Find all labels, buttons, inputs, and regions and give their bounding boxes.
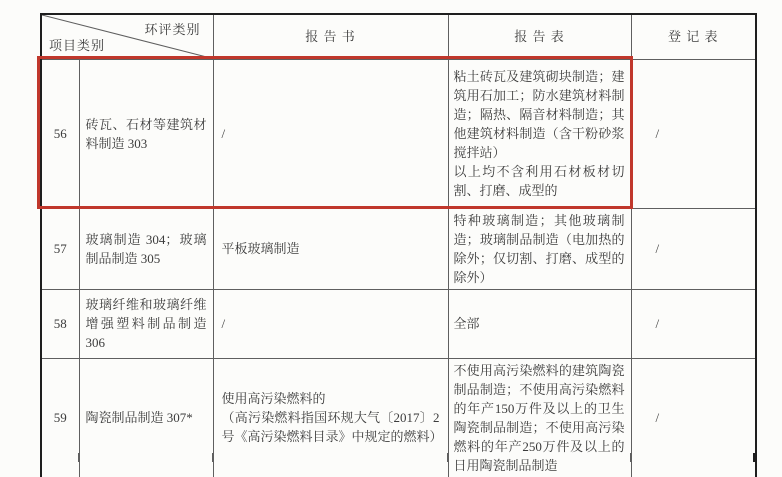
header-registration-form: 登 记 表 bbox=[631, 14, 756, 59]
header-row: 环评类别 项目类别 报 告 书 报 告 表 登 记 表 bbox=[41, 14, 756, 59]
row-number: 58 bbox=[41, 289, 79, 358]
table-bottom-stub bbox=[447, 453, 448, 462]
eia-category-table: 环评类别 项目类别 报 告 书 报 告 表 登 记 表 56 砖瓦、石材等建筑材… bbox=[40, 13, 757, 477]
category-cell: 玻璃纤维和玻璃纤维增强塑料制品制造 306 bbox=[79, 289, 213, 358]
row-number: 57 bbox=[41, 208, 79, 289]
report-form-cell: 特种玻璃制造；其他玻璃制造；玻璃制品制造（电加热的除外；仅切割、打磨、成型的除外… bbox=[448, 208, 631, 289]
diagonal-header-cell: 环评类别 项目类别 bbox=[41, 14, 213, 59]
header-report-book: 报 告 书 bbox=[213, 14, 448, 59]
report-form-text: 全部 bbox=[454, 314, 625, 333]
report-form-cell: 粘土砖瓦及建筑砌块制造；建筑用石加工；防水建筑材料制造；隔热、隔音材料制造；其他… bbox=[448, 59, 631, 208]
category-cell: 陶瓷制品制造 307* bbox=[79, 358, 213, 477]
report-book-text: / bbox=[222, 124, 440, 143]
table-row-58: 58 玻璃纤维和玻璃纤维增强塑料制品制造 306 / 全部 / bbox=[41, 289, 756, 358]
document-page: 环评类别 项目类别 报 告 书 报 告 表 登 记 表 56 砖瓦、石材等建筑材… bbox=[0, 0, 782, 477]
table-bottom-stub bbox=[212, 453, 213, 462]
table-row-57: 57 玻璃制造 304；玻璃制品制造 305 平板玻璃制造 特种玻璃制造；其他玻… bbox=[41, 208, 756, 289]
category-cell: 砖瓦、石材等建筑材料制造 303 bbox=[79, 59, 213, 208]
report-form-text: 粘土砖瓦及建筑砌块制造；建筑用石加工；防水建筑材料制造；隔热、隔音材料制造；其他… bbox=[454, 67, 625, 162]
header-eia-category-label: 环评类别 bbox=[144, 20, 200, 39]
row-number: 59 bbox=[41, 358, 79, 477]
report-book-cell: / bbox=[213, 289, 448, 358]
registration-form-cell: / bbox=[631, 208, 756, 289]
table-row-56: 56 砖瓦、石材等建筑材料制造 303 / 粘土砖瓦及建筑砌块制造；建筑用石加工… bbox=[41, 59, 756, 208]
header-report-form: 报 告 表 bbox=[448, 14, 631, 59]
table-bottom-stub bbox=[753, 453, 755, 462]
report-book-cell: / bbox=[213, 59, 448, 208]
report-form-text: 特种玻璃制造；其他玻璃制造；玻璃制品制造（电加热的除外；仅切割、打磨、成型的除外… bbox=[454, 211, 625, 287]
table-bottom-stub bbox=[630, 453, 631, 462]
report-form-cell: 不使用高污染燃料的建筑陶瓷制品制造；不使用高污染燃料的年产150万件及以上的卫生… bbox=[448, 358, 631, 477]
report-book-text: 平板玻璃制造 bbox=[222, 239, 440, 258]
report-form-cell: 全部 bbox=[448, 289, 631, 358]
report-book-note: （高污染燃料指国环规大气〔2017〕2号《高污染燃料目录》中规定的燃料） bbox=[222, 408, 440, 446]
row-number: 56 bbox=[41, 59, 79, 208]
table-bottom-stub bbox=[78, 453, 79, 462]
report-form-text: 不使用高污染燃料的建筑陶瓷制品制造；不使用高污染燃料的年产150万件及以上的卫生… bbox=[454, 361, 625, 475]
category-cell: 玻璃制造 304；玻璃制品制造 305 bbox=[79, 208, 213, 289]
registration-form-cell: / bbox=[631, 358, 756, 477]
report-book-cell: 平板玻璃制造 bbox=[213, 208, 448, 289]
registration-form-cell: / bbox=[631, 289, 756, 358]
table-bottom-stub bbox=[40, 453, 42, 462]
registration-form-cell: / bbox=[631, 59, 756, 208]
report-book-text: / bbox=[222, 314, 440, 333]
report-form-note: 以上均不含利用石材板材切割、打磨、成型的 bbox=[454, 162, 625, 200]
report-book-text: 使用高污染燃料的 bbox=[222, 389, 440, 408]
header-project-category-label: 项目类别 bbox=[49, 36, 105, 55]
table-row-59: 59 陶瓷制品制造 307* 使用高污染燃料的 （高污染燃料指国环规大气〔201… bbox=[41, 358, 756, 477]
report-book-cell: 使用高污染燃料的 （高污染燃料指国环规大气〔2017〕2号《高污染燃料目录》中规… bbox=[213, 358, 448, 477]
